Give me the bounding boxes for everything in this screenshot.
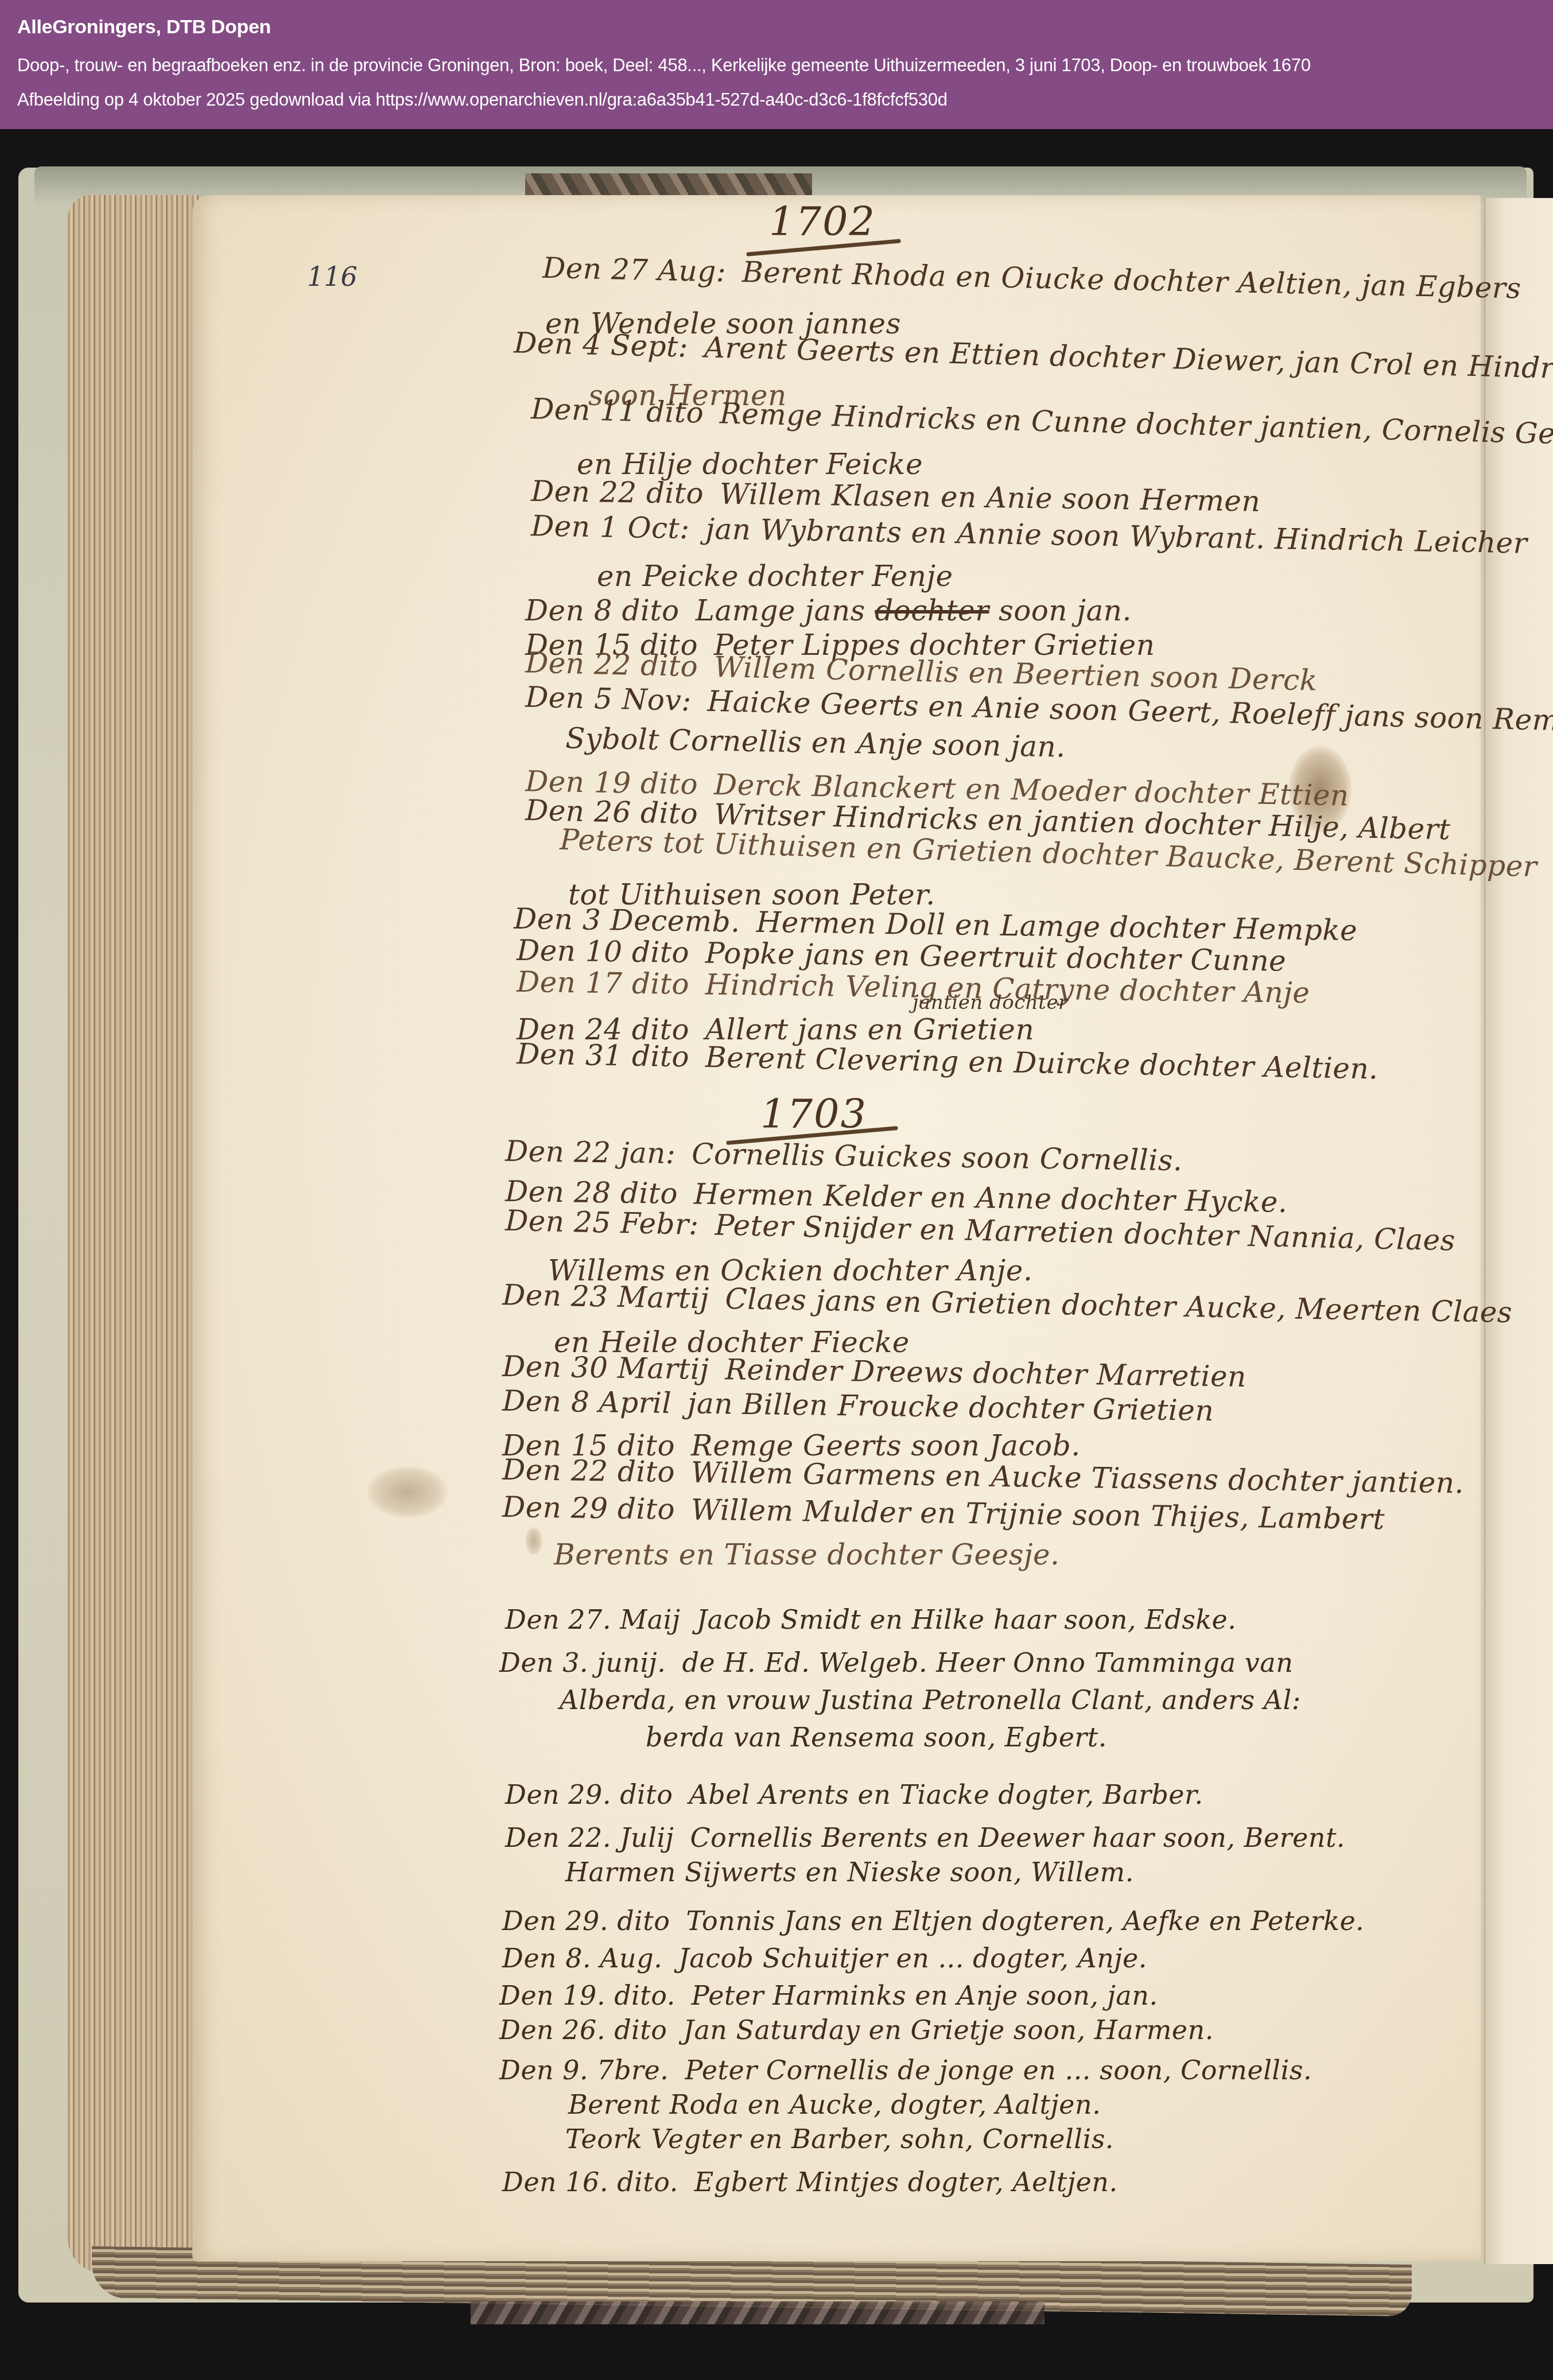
ink-stain <box>525 1527 542 1555</box>
register-entry: Berent Roda en Aucke, dogter, Aaltjen. <box>568 2089 1553 2120</box>
register-entry: en Hilje dochter Feicke <box>577 448 1553 481</box>
year-heading-1702: 1702 <box>769 198 876 245</box>
register-entry: Den 8. Aug.Jacob Schuitjer en ... dogter… <box>502 1943 1553 1974</box>
interlinear-insertion: jantien dochter <box>913 991 1068 1014</box>
register-entry: Den 16. dito.Egbert Mintjes dogter, Aelt… <box>502 2167 1553 2197</box>
download-note: Afbeelding op 4 oktober 2025 gedownload … <box>17 90 948 110</box>
register-entry: Alberda, en vrouw Justina Petronella Cla… <box>560 1684 1553 1715</box>
struck-word: dochter <box>875 594 989 627</box>
register-entry: Harmen Sijwerts en Nieske soon, Willem. <box>565 1857 1553 1888</box>
page-block-edge <box>68 195 200 2273</box>
register-entry: en Peicke dochter Fenje <box>597 560 1553 593</box>
collection-title: AlleGroningers, DTB Dopen <box>17 16 271 38</box>
register-entry: Den 3. junij.de H. Ed. Welgeb. Heer Onno… <box>499 1647 1553 1678</box>
register-entry: berda van Rensema soon, Egbert. <box>646 1722 1553 1753</box>
marbled-endpaper-bottom <box>471 2301 1045 2324</box>
register-entry: Den 22. JulijCornellis Berents en Deewer… <box>505 1822 1553 1853</box>
ink-stain <box>367 1466 448 1518</box>
register-entry: Den 26. ditoJan Saturday en Grietje soon… <box>499 2014 1553 2045</box>
source-info-banner: AlleGroningers, DTB Dopen Doop-, trouw- … <box>0 0 1553 129</box>
register-entry: Den 9. 7bre.Peter Cornellis de jonge en … <box>499 2055 1553 2086</box>
register-entry: Den 29. ditoTonnis Jans en Eltjen dogter… <box>502 1905 1553 1936</box>
register-entry: Den 8 ditoLamge jans dochter soon jan. <box>525 594 1553 627</box>
folio-number: 116 <box>307 261 358 292</box>
register-entry: Den 29. ditoAbel Arents en Tiacke dogter… <box>505 1779 1553 1810</box>
register-entry: Den 19. dito.Peter Harminks en Anje soon… <box>499 1980 1553 2011</box>
register-entry: Teork Vegter en Barber, sohn, Cornellis. <box>565 2123 1553 2154</box>
register-entry: Den 27. MaijJacob Smidt en Hilke haar so… <box>505 1604 1553 1635</box>
source-description: Doop-, trouw- en begraafboeken enz. in d… <box>17 55 1311 76</box>
register-entry: Berents en Tiasse dochter Geesje. <box>554 1538 1553 1571</box>
